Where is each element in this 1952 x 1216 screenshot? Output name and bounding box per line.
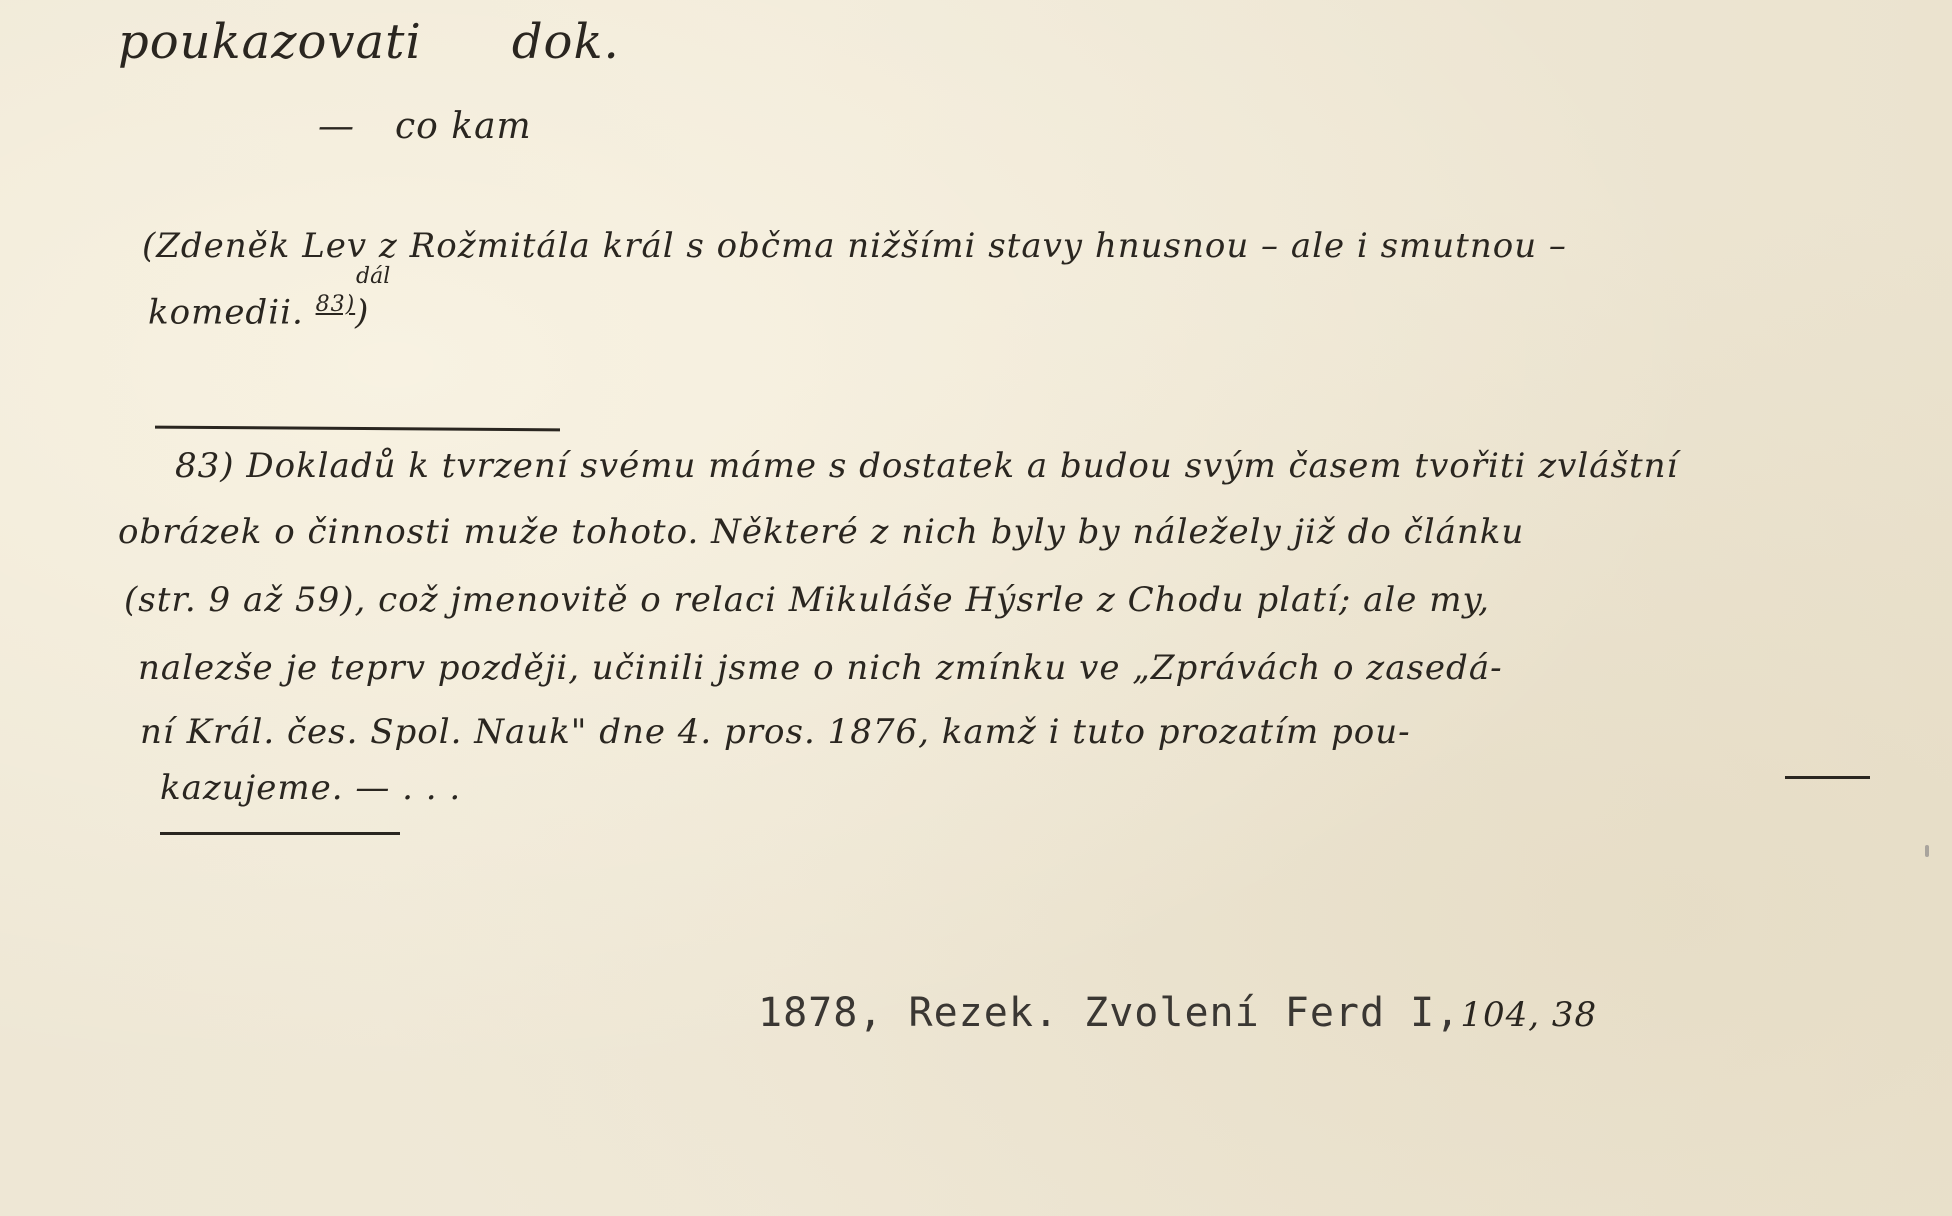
citation-close: ): [355, 292, 369, 332]
source-reference: 1878, Rezek. Zvolení Ferd I,104, 38: [758, 990, 1597, 1036]
source-year: 1878,: [758, 990, 883, 1036]
citation-line-1: (Zdeněk Lev z Rožmitála král s občma niž…: [142, 226, 1567, 266]
sense-dash: —: [318, 106, 355, 147]
footnote-line: nalezše je teprv později, učinili jsme o…: [138, 648, 1503, 688]
sense-line: —co kam: [318, 106, 532, 147]
paper-mark: [1925, 845, 1929, 857]
headword: poukazovatidok.: [118, 14, 620, 70]
footnote-reference: 83): [316, 292, 356, 317]
source-page: 104: [1460, 995, 1528, 1035]
citation-line-2-text: komedii.: [148, 292, 304, 332]
footnote-line: (str. 9 až 59), což jmenovitě o relaci M…: [124, 580, 1490, 620]
source-author: Rezek.: [909, 990, 1060, 1036]
grammar-label: dok.: [512, 14, 620, 70]
footnote-line: ní Král. čes. Spol. Nauk" dne 4. pros. 1…: [140, 712, 1411, 752]
source-line: 38: [1552, 995, 1597, 1035]
underline-kazujeme: [160, 832, 400, 835]
footnote-line: kazujeme. — . . .: [160, 768, 461, 808]
headword-text: poukazovati: [118, 14, 422, 70]
citation-line-2: komedii. 83)): [148, 292, 369, 332]
index-card: poukazovatidok. —co kam (Zdeněk Lev z Ro…: [0, 0, 1952, 1216]
footnote-separator-rule: [155, 426, 560, 432]
source-title: Zvolení Ferd I,: [1084, 990, 1460, 1036]
footnote-line: 83) Dokladů k tvrzení svému máme s dosta…: [175, 446, 1678, 486]
valency-text: co kam: [395, 106, 532, 147]
footnote-line: obrázek o činnosti muže tohoto. Některé …: [118, 512, 1524, 552]
underline-pou: [1785, 776, 1870, 779]
citation-insertion: dál: [356, 264, 390, 289]
